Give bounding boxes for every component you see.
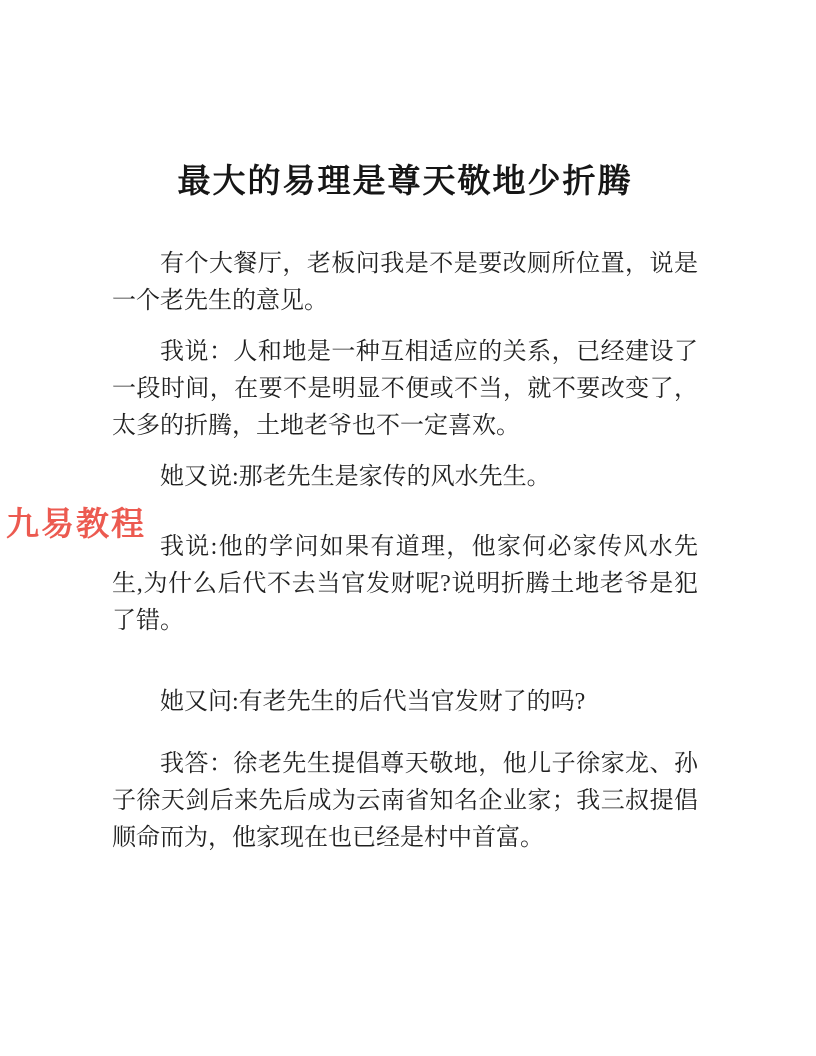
watermark: 九易教程 — [6, 504, 146, 544]
text-body: 最大的易理是尊天敬地少折腾 有个大餐厅，老板问我是不是要改厕所位置，说是一个老先… — [112, 160, 698, 857]
paragraph: 我说:他的学问如果有道理，他家何必家传风水先生,为什么后代不去当官发财呢?说明折… — [112, 529, 698, 640]
document-page: 最大的易理是尊天敬地少折腾 有个大餐厅，老板问我是不是要改厕所位置，说是一个老先… — [0, 0, 816, 1056]
paragraph: 有个大餐厅，老板问我是不是要改厕所位置，说是一个老先生的意见。 — [112, 246, 698, 320]
paragraph: 我说：人和地是一种互相适应的关系，已经建设了一段时间，在要不是明显不便或不当，就… — [112, 334, 698, 445]
paragraph: 她又说:那老先生是家传的风水先生。 — [112, 459, 698, 496]
paragraph: 我答：徐老先生提倡尊天敬地，他儿子徐家龙、孙子徐天剑后来先后成为云南省知名企业家… — [112, 746, 698, 857]
paragraph: 她又问:有老先生的后代当官发财了的吗? — [112, 684, 698, 721]
page-title: 最大的易理是尊天敬地少折腾 — [112, 160, 698, 204]
